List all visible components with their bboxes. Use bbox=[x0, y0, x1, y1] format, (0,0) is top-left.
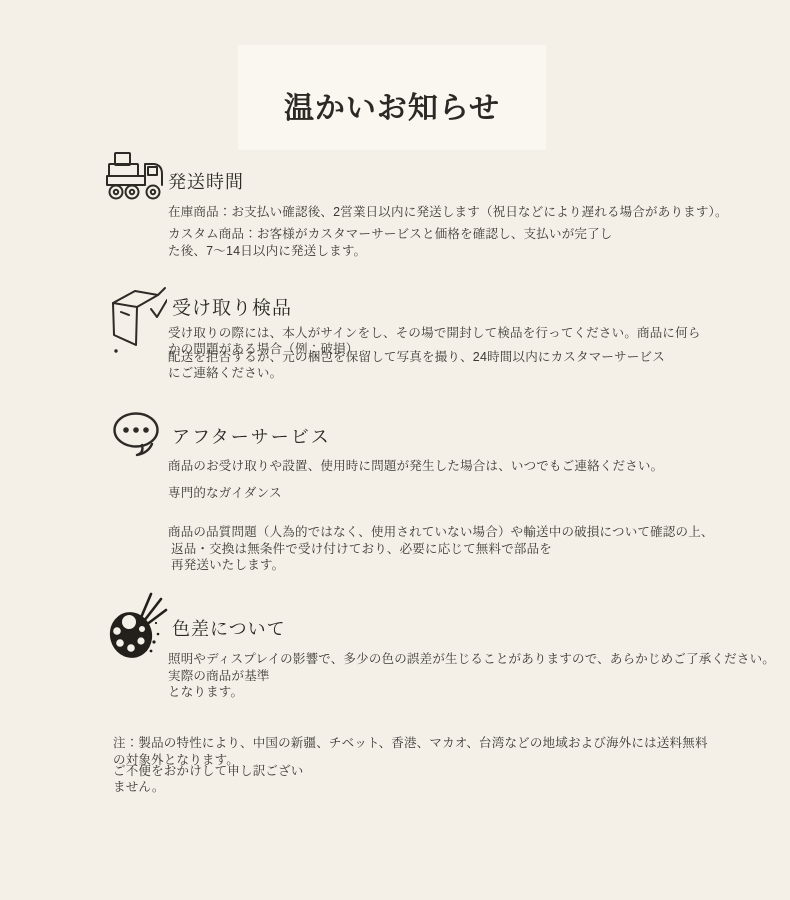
section-heading-color: 色差について bbox=[172, 615, 286, 641]
aftersales-line-2: 専門的なガイダンス bbox=[168, 483, 282, 501]
aftersales-line-1: 商品のお受け取りや設置、使用時に問題が発生した場合は、いつでもご連絡ください。 bbox=[168, 456, 663, 474]
section-heading-inspection: 受け取り検品 bbox=[172, 293, 292, 320]
section-heading-aftersales: アフターサービス bbox=[172, 423, 331, 449]
aftersales-line-5: 再発送いたします。 bbox=[171, 555, 284, 573]
color-line-1: 照明やディスプレイの影響で、多少の色の誤差が生じることがありますので、あらかじめ… bbox=[168, 649, 775, 667]
shipping-line-1: 在庫商品：お支払い確認後、2営業日以内に発送します（祝日などにより遅れる場合があ… bbox=[168, 202, 728, 220]
notice-page: 温かいお知らせ 発送時間 在庫商品：お支払い確認後、2営業日以内に発送します（祝… bbox=[0, 0, 790, 900]
package-box-icon bbox=[107, 283, 167, 357]
title-panel: 温かいお知らせ bbox=[238, 45, 546, 150]
paint-palette-icon bbox=[106, 590, 170, 662]
chat-bubble-icon bbox=[112, 411, 162, 457]
footer-note-line-4: ません。 bbox=[113, 777, 165, 795]
shipping-line-2: カスタム商品：お客様がカスタマーサービスと価格を確認し、支払いが完了し bbox=[168, 224, 613, 242]
truck-icon bbox=[105, 151, 163, 200]
inspection-line-4: にご連絡ください。 bbox=[168, 363, 282, 381]
aftersales-line-3: 商品の品質問題（人為的ではなく、使用されていない場合）や輸送中の破損について確認… bbox=[168, 522, 714, 540]
shipping-line-3: た後、7〜14日以内に発送します。 bbox=[168, 241, 366, 259]
color-line-3: となります。 bbox=[168, 682, 243, 700]
section-heading-shipping: 発送時間 bbox=[168, 168, 244, 194]
footer-note-line-1: 注：製品の特性により、中国の新疆、チベット、香港、マカオ、台湾などの地域および海… bbox=[113, 733, 708, 751]
page-title: 温かいお知らせ bbox=[284, 69, 500, 127]
